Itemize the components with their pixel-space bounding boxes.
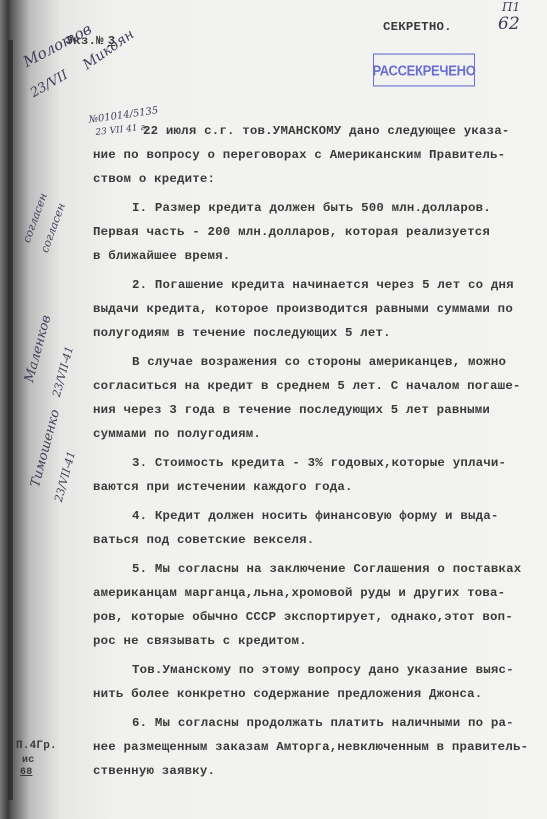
body-line: ваться под советские векселя. xyxy=(93,533,314,547)
signature-date: 23/VII xyxy=(28,68,71,101)
body-line: 22 июля с.г. тов.УМАНСКОМУ дано следующе… xyxy=(143,124,510,138)
body-line: 6. Мы согласны продолжать платить наличн… xyxy=(132,716,514,730)
body-line: ственную заявку. xyxy=(93,764,215,778)
margin-date-2: 23/VII-41 xyxy=(52,450,78,504)
body-line: американцам марганца,льна,хромовой руды … xyxy=(93,586,505,600)
body-line: в ближайшее время. xyxy=(93,249,230,263)
body-line: ством о кредите: xyxy=(93,172,215,186)
margin-date-1: 23/VII-41 xyxy=(50,345,76,399)
document-page: Экз.№3 СЕКРЕТНО. П1 62 РАССЕКРЕЧЕНО Моло… xyxy=(0,0,547,819)
body-line: 2. Погашение кредита начинается через 5 … xyxy=(132,278,514,292)
body-line: полугодиям в течение последующих 5 лет. xyxy=(93,326,391,340)
registration-date: 23 VII 41 г. xyxy=(95,123,148,138)
body-line: нее размещенным заказам Амторга,невключе… xyxy=(93,740,528,754)
page-number: 62 xyxy=(498,14,520,34)
body-line: ние по вопросу о переговорах с Американс… xyxy=(93,148,505,162)
body-line: ваются при истечении каждого года. xyxy=(93,480,353,494)
registration-number: №01014/5135 xyxy=(88,105,159,126)
body-line: Тов.Уманскому по этому вопросу дано указ… xyxy=(132,663,514,677)
footer-code: П.4Гр. xyxy=(16,740,57,752)
declassified-stamp: РАССЕКРЕЧЕНО xyxy=(373,54,475,87)
page-mark-top: П1 xyxy=(502,0,520,14)
body-line: I. Размер кредита должен быть 500 млн.до… xyxy=(132,201,491,215)
body-line: нить более конкретно содержание предложе… xyxy=(93,687,482,701)
body-line: В случае возражения со стороны американц… xyxy=(132,355,506,369)
binding-spine xyxy=(8,40,13,800)
footer-number: 68 xyxy=(20,767,32,778)
margin-signature-malenkov: Маленков xyxy=(22,314,54,384)
body-line: рос не связывать с кредитом. xyxy=(93,634,307,648)
body-line: 5. Мы согласны на заключение Соглашения … xyxy=(132,562,521,576)
body-line: выдачи кредита, которое производится рав… xyxy=(93,302,513,316)
body-line: ров, которые обычно СССР экспортирует, о… xyxy=(93,610,513,624)
body-line: ния через 3 года в течение последующих 5… xyxy=(93,403,490,417)
body-line: 3. Стоимость кредита - 3% годовых,которы… xyxy=(132,456,506,470)
body-line: суммами по полугодиям. xyxy=(93,427,261,441)
body-line: согласиться на кредит в среднем 5 лет. С… xyxy=(93,379,521,393)
body-line: Первая часть - 200 млн.долларов, которая… xyxy=(93,225,490,239)
body-line: 4. Кредит должен носить финансовую форму… xyxy=(132,509,499,523)
classification-mark: СЕКРЕТНО. xyxy=(383,20,452,34)
footer-initials: ис xyxy=(22,755,34,766)
